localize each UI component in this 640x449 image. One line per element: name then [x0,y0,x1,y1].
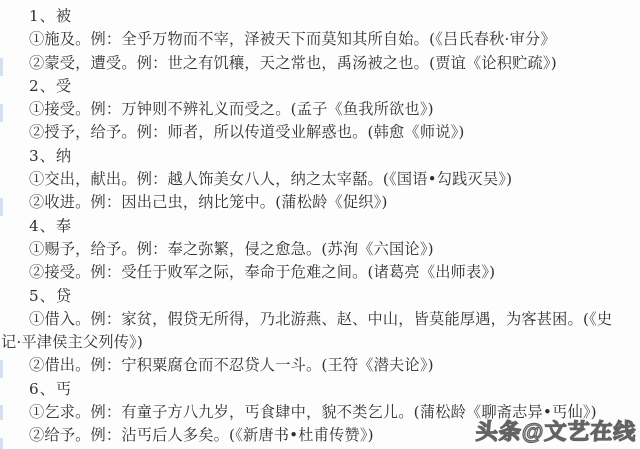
sense-line: ②接受。例：受任于败军之际，奉命于危难之间。(诸葛亮《出师表》) [0,261,640,284]
toutiao-watermark: 头条@文艺在线 [475,415,637,446]
sense-line: ①借入。例：家贫，假贷无所得，乃北游燕、赵、中山，皆莫能厚遇，为客甚困。(《史 [0,308,640,331]
entry-1-bei: 1、被 ①施及。例：全乎万物而不宰，泽被天下而莫知其所自始。(《吕氏春秋·审分》… [0,5,640,75]
entry-heading: 4、奉 [0,215,640,238]
scan-edge-artifact [0,104,3,122]
scan-edge-artifact [0,360,3,378]
sense-line: ①接受。例：万钟则不辨礼义而受之。(孟子《鱼我所欲也》) [0,98,640,121]
sense-line: ②收进。例：因出己虫，纳比笼中。(蒲松龄《促织》) [0,191,640,214]
entry-5-dai: 5、贷 ①借入。例：家贫，假贷无所得，乃北游燕、赵、中山，皆莫能厚遇，为客甚困。… [0,285,640,378]
entry-heading: 1、被 [0,5,640,28]
sense-line: ②授予，给予。例：师者，所以传道受业解惑也。(韩愈《师说》) [0,121,640,144]
document-page: 1、被 ①施及。例：全乎万物而不宰，泽被天下而莫知其所自始。(《吕氏春秋·审分》… [0,0,640,449]
sense-line: ①施及。例：全乎万物而不宰，泽被天下而莫知其所自始。(《吕氏春秋·审分》 [0,28,640,51]
sense-line: ②蒙受，遭受。例：世之有饥穰，天之常也，禹汤被之也。(贾谊《论积贮疏》) [0,52,640,75]
sense-line-continuation: 记·平津侯主父列传》) [0,331,640,354]
sense-line: ①交出，献出。例：越人饰美女八人，纳之太宰嚭。(《国语•勾践灭吴》) [0,168,640,191]
sense-line: ②借出。例：宁积粟腐仓而不忍贷人一斗。(王符《潜夫论》) [0,354,640,377]
scan-edge-artifact [0,438,3,449]
scan-edge-artifact [0,58,3,76]
entry-heading: 2、受 [0,75,640,98]
entry-heading: 5、贷 [0,285,640,308]
scan-edge-artifact [0,198,3,216]
entry-3-na: 3、纳 ①交出，献出。例：越人饰美女八人，纳之太宰嚭。(《国语•勾践灭吴》) ②… [0,145,640,215]
entry-4-feng: 4、奉 ①赐予，给予。例：奉之弥繁，侵之愈急。(苏洵《六国论》) ②接受。例：受… [0,215,640,285]
sense-line: ①赐予，给予。例：奉之弥繁，侵之愈急。(苏洵《六国论》) [0,238,640,261]
entry-2-shou: 2、受 ①接受。例：万钟则不辨礼义而受之。(孟子《鱼我所欲也》) ②授予，给予。… [0,75,640,145]
scan-edge-artifact [0,405,3,420]
entry-heading: 6、丐 [0,378,640,401]
entry-heading: 3、纳 [0,145,640,168]
